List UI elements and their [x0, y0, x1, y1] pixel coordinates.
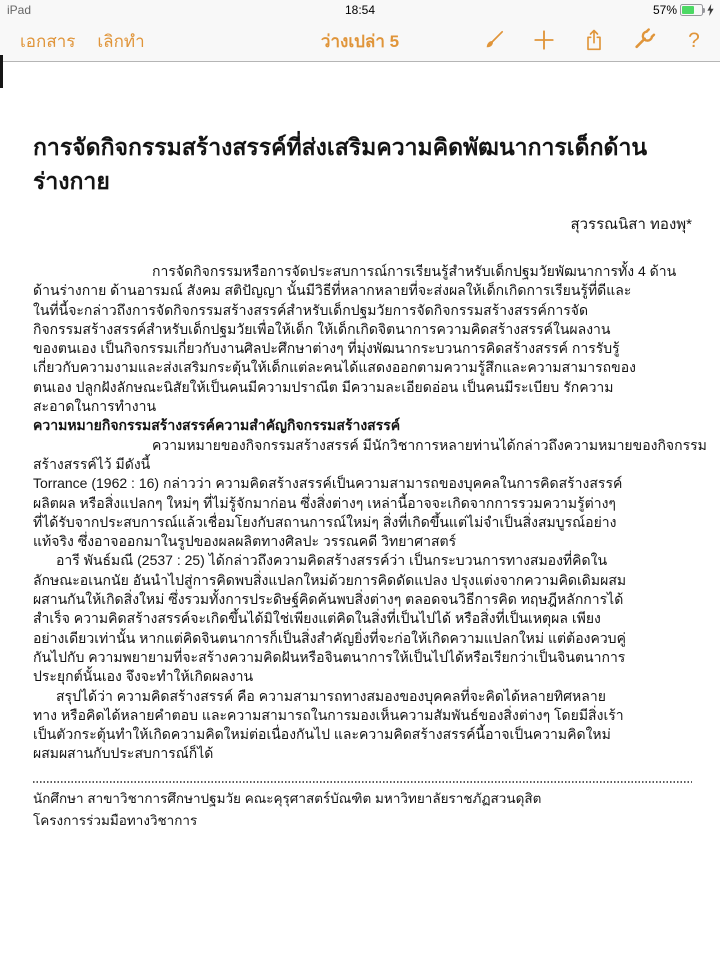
text-line: ทาง หรือคิดได้หลายคำตอบ และความสามารถในก…: [33, 706, 692, 725]
status-battery-group: 57%: [653, 3, 714, 17]
text-line: ผสมผสานกับประสบการณ์ก็ได้: [33, 744, 692, 763]
footnote-line-1: นักศึกษา สาขาวิชาการศึกษาปฐมวัย คณะคุรุศ…: [33, 788, 692, 810]
text-line: สำเร็จ ความคิดสร้างสรรค์จะเกิดขึ้นได้มิใ…: [33, 609, 692, 628]
text-line: เป็นตัวกระตุ้นทำให้เกิดความคิดใหม่ต่อเนื…: [33, 725, 692, 744]
footnote-line-2: โครงการร่วมมือทางวิชาการ: [33, 810, 692, 832]
help-button[interactable]: ?: [682, 29, 706, 53]
status-bar: iPad 18:54 57%: [0, 0, 720, 20]
text-line: Torrance (1962 : 16) กล่าวว่า ความคิดสร้…: [33, 474, 692, 493]
text-line: ในที่นี้จะกล่าวถึงการจัดกิจกรรมสร้างสรรค…: [33, 301, 692, 320]
paragraph: Torrance (1962 : 16) กล่าวว่า ความคิดสร้…: [33, 474, 692, 551]
text-line: ความหมายของกิจกรรมสร้างสรรค์ มีนักวิชากา…: [33, 436, 692, 455]
status-time: 18:54: [0, 3, 720, 17]
paragraph: การจัดกิจกรรมหรือการจัดประสบการณ์การเรีย…: [33, 262, 692, 416]
text-line: อย่างเดียวเท่านั้น หากแต่คิดจินตนาการก็เ…: [33, 629, 692, 648]
text-line: ผสานกันให้เกิดสิ่งใหม่ ซึ่งรวมทั้งการประ…: [33, 590, 692, 609]
battery-percent-label: 57%: [653, 3, 677, 17]
battery-icon: [680, 4, 703, 16]
text-line: ของตนเอง เป็นกิจกรรมเกี่ยวกับงานศิลปะศึก…: [33, 339, 692, 358]
format-brush-button[interactable]: [482, 29, 506, 53]
text-line: สะอาดในการทำงาน: [33, 397, 692, 416]
document-heading-line-2: ร่างกาย: [33, 164, 683, 198]
document-heading: การจัดกิจกรรมสร้างสรรค์ที่ส่งเสริมความคิ…: [33, 130, 683, 198]
text-line: ประยุกต์นั้นเอง จึงจะทำให้เกิดผลงาน: [33, 667, 692, 686]
paragraph: ความหมายกิจกรรมสร้างสรรค์ความสำคัญกิจกรร…: [33, 416, 692, 435]
pages-app-screen: iPad 18:54 57% เอกสาร เลิกทำ ว่างเปล่า 5: [0, 0, 720, 960]
document-page[interactable]: การจัดกิจกรรมสร้างสรรค์ที่ส่งเสริมความคิ…: [0, 63, 720, 960]
text-line: ที่ได้รับจากประสบการณ์แล้วเชื่อมโยงกับสถ…: [33, 513, 692, 532]
tools-wrench-icon: [632, 28, 656, 55]
paragraph: ความหมายของกิจกรรมสร้างสรรค์ มีนักวิชากา…: [33, 436, 692, 475]
document-heading-line-1: การจัดกิจกรรมสร้างสรรค์ที่ส่งเสริมความคิ…: [33, 130, 683, 164]
text-line: แท้จริง ซึ่งอาจออกมาในรูปของผลผลิตทางศิล…: [33, 532, 692, 551]
add-icon: [532, 28, 556, 55]
format-brush-icon: [482, 28, 506, 55]
toolbar-right-group: ?: [482, 20, 706, 62]
share-icon: [582, 28, 606, 55]
paragraph: อารี พันธ์มณี (2537 : 25) ได้กล่าวถึงควา…: [33, 551, 692, 686]
footnote-separator: [33, 781, 692, 783]
share-button[interactable]: [582, 29, 606, 53]
text-line: ลักษณะอเนกนัย อันนำไปสู่การคิดพบสิ่งแปลก…: [33, 571, 692, 590]
text-line: อารี พันธ์มณี (2537 : 25) ได้กล่าวถึงควา…: [33, 551, 692, 570]
text-line: กันไปกับ ความพยายามที่จะสร้างความคิดฝันห…: [33, 648, 692, 667]
text-line: กิจกรรมสร้างสรรค์สำหรับเด็กปฐมวัยเพื่อให…: [33, 320, 692, 339]
text-line: สรุปได้ว่า ความคิดสร้างสรรค์ คือ ความสาม…: [33, 687, 692, 706]
toolbar: เอกสาร เลิกทำ ว่างเปล่า 5: [0, 20, 720, 62]
tools-button[interactable]: [632, 29, 656, 53]
text-line: การจัดกิจกรรมหรือการจัดประสบการณ์การเรีย…: [33, 262, 692, 281]
paragraph: สรุปได้ว่า ความคิดสร้างสรรค์ คือ ความสาม…: [33, 687, 692, 764]
text-line: ผลิตผล หรือสิ่งแปลกๆ ใหม่ๆ ที่ไม่รู้จักม…: [33, 494, 692, 513]
document-body: การจัดกิจกรรมหรือการจัดประสบการณ์การเรีย…: [33, 262, 692, 764]
add-button[interactable]: [532, 29, 556, 53]
charging-bolt-icon: [707, 4, 714, 16]
author-line: สุวรรณนิสา ทองพุ*: [570, 212, 692, 236]
footnote: นักศึกษา สาขาวิชาการศึกษาปฐมวัย คณะคุรุศ…: [33, 781, 692, 832]
battery-cap: [703, 8, 705, 13]
text-line: เกี่ยวกับความงามและส่งเสริมกระตุ้นให้เด็…: [33, 358, 692, 377]
help-icon: ?: [688, 29, 700, 53]
text-line: สร้างสรรค์ไว้ มีดังนี้: [33, 455, 692, 474]
battery-fill: [682, 6, 694, 14]
text-line: ด้านร่างกาย ด้านอารมณ์ สังคม สติปัญญา นั…: [33, 281, 692, 300]
text-line: ความหมายกิจกรรมสร้างสรรค์ความสำคัญกิจกรร…: [33, 416, 692, 435]
text-line: ตนเอง ปลูกฝังลักษณะนิสัยให้เป็นคนมีความป…: [33, 378, 692, 397]
photo-artifact-strip: [0, 55, 3, 88]
